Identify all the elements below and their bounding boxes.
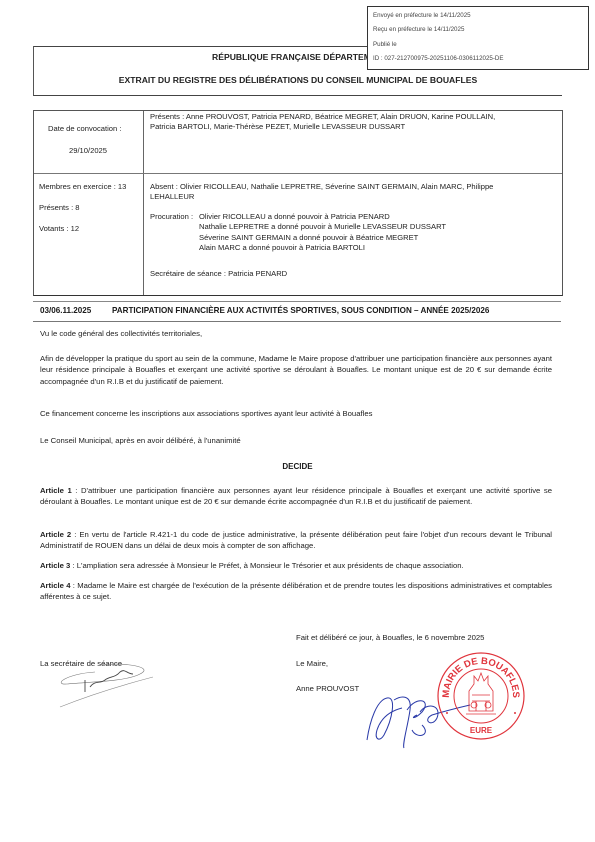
absent-line-2: LEHALLEUR [150, 192, 194, 203]
presents-count: Présents : 8 [39, 203, 80, 214]
mayor-title: Le Maire, [296, 659, 328, 668]
prefecture-stamp: Envoyé en préfecture le 14/11/2025 Reçu … [367, 6, 589, 70]
absent-line-1: Absent : Olivier RICOLLEAU, Nathalie LEP… [150, 182, 493, 193]
svg-text:MAIRIE DE BOUAFLES: MAIRIE DE BOUAFLES [441, 656, 521, 698]
article-label: Article 1 [40, 486, 72, 495]
header-registry: EXTRAIT DU REGISTRE DES DÉLIBÉRATIONS DU… [34, 75, 562, 85]
article-text: : L'ampliation sera adressée à Monsieur … [70, 561, 463, 570]
voters-count: Votants : 12 [39, 224, 79, 235]
proxies-label: Procuration : [150, 212, 193, 223]
prefecture-received: Reçu en préfecture le 14/11/2025 [373, 26, 464, 33]
article-label: Article 4 [40, 581, 71, 590]
proxy-item: Nathalie LEPRETRE a donné pouvoir à Muri… [199, 222, 446, 233]
meeting-info-table: Date de convocation : 29/10/2025 Présent… [33, 110, 563, 296]
resolution-number: 03/06.11.2025 [40, 306, 91, 315]
convocation-date: 29/10/2025 [69, 146, 107, 157]
article-1: Article 1 : D'attribuer une participatio… [40, 485, 552, 508]
proxy-item: Olivier RICOLLEAU a donné pouvoir à Patr… [199, 212, 390, 223]
mayor-name: Anne PROUVOST [296, 684, 359, 693]
presents-line-2: Patricia BARTOLI, Marie-Thérèse PEZET, M… [150, 122, 405, 133]
secretary-signature-icon [55, 662, 155, 712]
legal-basis: Vu le code général des collectivités ter… [40, 328, 552, 339]
article-4: Article 4 : Madame le Maire est chargée … [40, 580, 552, 603]
svg-text:EURE: EURE [470, 726, 493, 735]
context-paragraph: Afin de développer la pratique du sport … [40, 353, 552, 387]
prefecture-published: Publié le [373, 41, 397, 48]
session-secretary: Secrétaire de séance : Patricia PENARD [150, 269, 287, 280]
resolution-title: PARTICIPATION FINANCIÈRE AUX ACTIVITÉS S… [112, 306, 489, 315]
presents-line-1: Présents : Anne PROUVOST, Patricia PENAR… [150, 112, 495, 123]
proxy-item: Alain MARC a donné pouvoir à Patricia BA… [199, 243, 365, 254]
article-text: : D'attribuer une participation financiè… [40, 486, 552, 506]
article-label: Article 2 [40, 530, 71, 539]
council-statement: Le Conseil Municipal, après en avoir dél… [40, 435, 552, 446]
mairie-seal-icon: MAIRIE DE BOUAFLES EURE [436, 651, 526, 741]
done-at-statement: Fait et délibéré ce jour, à Bouafles, le… [296, 633, 484, 642]
convocation-label: Date de convocation : [48, 124, 121, 135]
prefecture-sent: Envoyé en préfecture le 14/11/2025 [373, 12, 471, 19]
members-count: Membres en exercice : 13 [39, 182, 126, 193]
proxy-item: Séverine SAINT GERMAIN a donné pouvoir à… [199, 233, 418, 244]
article-2: Article 2 : En vertu de l'article R.421-… [40, 529, 552, 552]
prefecture-id: ID : 027-212700975-20251106-0306112025-D… [373, 55, 504, 62]
article-text: : En vertu de l'article R.421-1 du code … [40, 530, 552, 550]
article-text: : Madame le Maire est chargée de l'exécu… [40, 581, 552, 601]
article-3: Article 3 : L'ampliation sera adressée à… [40, 560, 552, 571]
scope-paragraph: Ce financement concerne les inscriptions… [40, 408, 552, 419]
decide-heading: DECIDE [0, 462, 595, 471]
resolution-header: 03/06.11.2025 PARTICIPATION FINANCIÈRE A… [33, 301, 561, 322]
article-label: Article 3 [40, 561, 70, 570]
